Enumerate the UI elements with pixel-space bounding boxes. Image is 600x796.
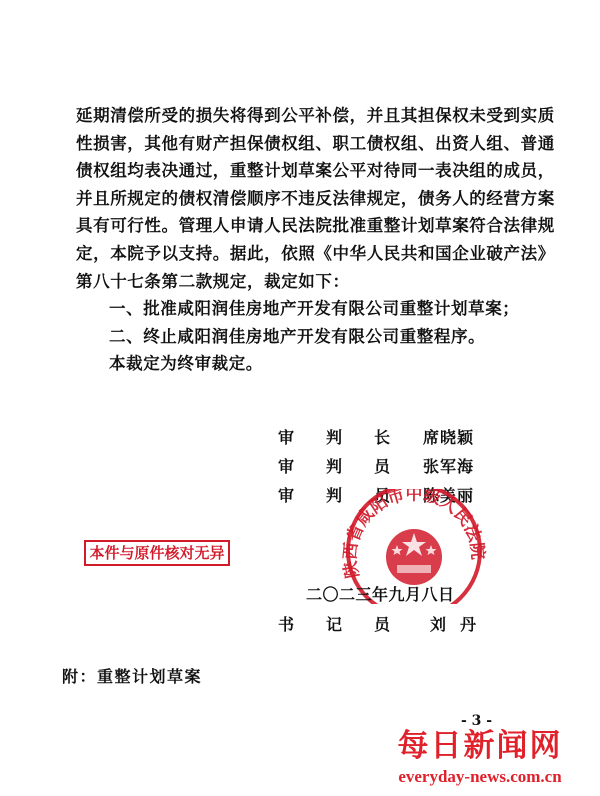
clerk-name: 刘丹 xyxy=(430,610,490,639)
ruling-item-1: 一、批准咸阳润佳房地产开发有限公司重整计划草案； xyxy=(76,295,546,323)
signature-name: 席晓颖 xyxy=(423,423,474,452)
ruling-date: 二〇二三年九月八日 xyxy=(306,582,455,605)
final-statement: 本裁定为终审裁定。 xyxy=(76,350,546,378)
clerk-role: 书记员 xyxy=(278,610,422,639)
signature-name: 张军海 xyxy=(423,452,474,481)
watermark-url: everyday-news.com.cn xyxy=(380,766,580,788)
paragraph-line: 第八十七条第二款规定，裁定如下： xyxy=(76,268,546,296)
document-page: 延期清偿所受的损失将得到公平补偿，并且其担保权未受到实质 性损害，其他有财产担保… xyxy=(0,0,600,796)
ruling-item-2: 二、终止咸阳润佳房地产开发有限公司重整程序。 xyxy=(76,323,546,351)
watermark-site-name: 每日新闻网 xyxy=(380,728,580,764)
page-number: - 3 - xyxy=(461,713,492,729)
clerk-signature: 书记员 刘丹 xyxy=(278,610,518,639)
copy-verification-stamp: 本件与原件核对无异 xyxy=(84,540,230,566)
signature-role: 审判员 xyxy=(278,452,422,481)
site-watermark: 每日新闻网 everyday-news.com.cn xyxy=(380,728,580,788)
attachment-note: 附：重整计划草案 xyxy=(62,664,202,687)
paragraph-line: 具有可行性。管理人申请人民法院批准重整计划草案符合法律规 xyxy=(76,212,546,240)
paragraph-line: 性损害，其他有财产担保债权组、职工债权组、出资人组、普通 xyxy=(76,130,546,158)
paragraph-line: 债权组均表决通过，重整计划草案公平对待同一表决组的成员， xyxy=(76,157,546,185)
ruling-body: 延期清偿所受的损失将得到公平补偿，并且其担保权未受到实质 性损害，其他有财产担保… xyxy=(76,102,546,378)
signature-role: 审判长 xyxy=(278,423,422,452)
paragraph-line: 延期清偿所受的损失将得到公平补偿，并且其担保权未受到实质 xyxy=(76,102,546,130)
paragraph-line: 并且所规定的债权清偿顺序不违反法律规定，债务人的经营方案 xyxy=(76,185,546,213)
paragraph-line: 定，本院予以支持。据此，依照《中华人民共和国企业破产法》 xyxy=(76,240,546,268)
